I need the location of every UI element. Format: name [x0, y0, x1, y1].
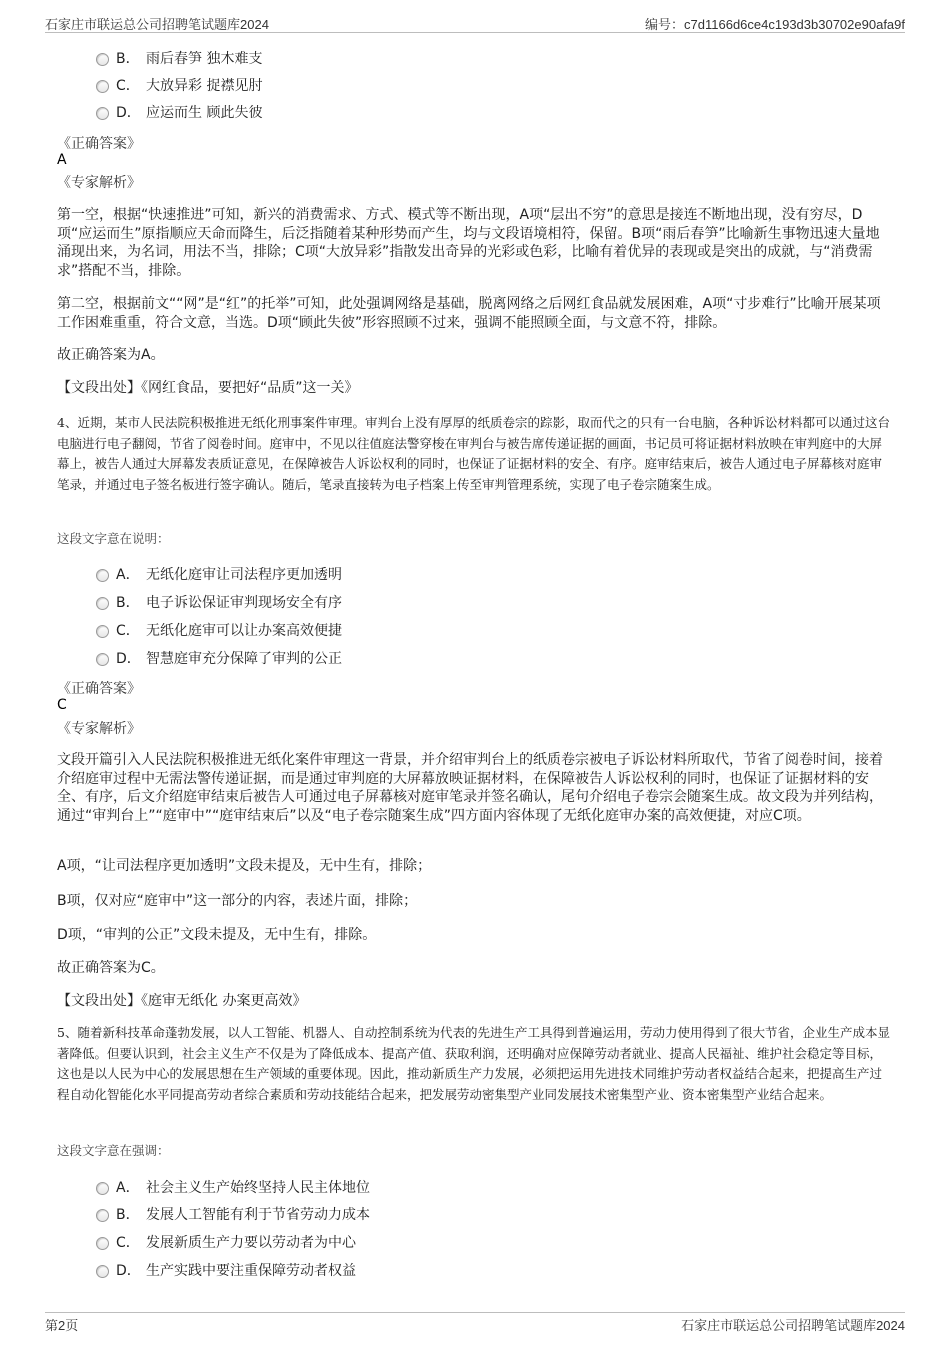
q5-option-c[interactable]: C．发展新质生产力要以劳动者为中心	[96, 1232, 356, 1254]
serial-value: c7d1166d6ce4c193d3b30702e90afa9f	[684, 17, 905, 32]
q5-prompt: 这段文字意在强调：	[57, 1141, 170, 1159]
option-text: 发展新质生产力要以劳动者为中心	[146, 1235, 356, 1251]
option-letter: D．	[116, 648, 146, 668]
page-footer: 第2页 石家庄市联运总公司招聘笔试题库2024	[45, 1312, 905, 1333]
option-text: 无纸化庭审可以让办案高效便捷	[146, 623, 342, 639]
option-text: 电子诉讼保证审判现场安全有序	[146, 595, 342, 611]
q4-conclusion: 故正确答案为C。	[57, 959, 893, 978]
q3-answer: A	[57, 152, 67, 168]
option-letter: C．	[116, 620, 146, 640]
footer-title: 石家庄市联运总公司招聘笔试题库2024	[681, 1315, 905, 1334]
q3-answer-label: 《正确答案》	[57, 133, 141, 153]
q4-option-d[interactable]: D．智慧庭审充分保障了审判的公正	[96, 648, 342, 670]
radio-icon[interactable]	[96, 653, 109, 666]
q4-prompt: 这段文字意在说明：	[57, 529, 170, 547]
q5-option-b[interactable]: B．发展人工智能有利于节省劳动力成本	[96, 1204, 370, 1226]
option-text: 发展人工智能有利于节省劳动力成本	[146, 1207, 370, 1223]
option-letter: C．	[116, 75, 146, 95]
q3-analysis-p2: 第二空，根据前文““网”是“红”的托举”可知，此处强调网络是基础，脱离网络之后网…	[57, 295, 893, 332]
q4-analysis-b: B项，仅对应“庭审中”这一部分的内容，表述片面，排除；	[57, 892, 893, 911]
radio-icon[interactable]	[96, 80, 109, 93]
q4-option-c[interactable]: C．无纸化庭审可以让办案高效便捷	[96, 620, 342, 642]
q3-analysis-p1: 第一空，根据“快速推进”可知，新兴的消费需求、方式、模式等不断出现，A项“层出不…	[57, 206, 893, 280]
option-text: 智慧庭审充分保障了审判的公正	[146, 651, 342, 667]
q5-option-a[interactable]: A．社会主义生产始终坚持人民主体地位	[96, 1177, 370, 1199]
radio-icon[interactable]	[96, 1265, 109, 1278]
radio-icon[interactable]	[96, 53, 109, 66]
q4-answer-label: 《正确答案》	[57, 678, 141, 698]
option-letter: B．	[116, 1204, 146, 1224]
radio-icon[interactable]	[96, 597, 109, 610]
radio-icon[interactable]	[96, 569, 109, 582]
option-letter: A．	[116, 564, 146, 584]
q3-option-c[interactable]: C．大放异彩 捉襟见肘	[96, 75, 262, 97]
q4-option-a[interactable]: A．无纸化庭审让司法程序更加透明	[96, 564, 342, 586]
radio-icon[interactable]	[96, 1209, 109, 1222]
option-letter: A．	[116, 1177, 146, 1197]
radio-icon[interactable]	[96, 1237, 109, 1250]
radio-icon[interactable]	[96, 107, 109, 120]
q3-option-b[interactable]: B．雨后春笋 独木难支	[96, 48, 262, 70]
header-title: 石家庄市联运总公司招聘笔试题库2024	[45, 14, 269, 33]
option-text: 应运而生 顾此失彼	[146, 105, 262, 121]
q3-source: 【文段出处】《网红食品，要把好“品质”这一关》	[57, 379, 893, 398]
option-letter: D．	[116, 102, 146, 122]
radio-icon[interactable]	[96, 1182, 109, 1195]
q4-analysis-d: D项，“审判的公正”文段未提及，无中生有，排除。	[57, 926, 893, 945]
q5-option-d[interactable]: D．生产实践中要注重保障劳动者权益	[96, 1260, 356, 1282]
page-header: 石家庄市联运总公司招聘笔试题库2024 编号：c7d1166d6ce4c193d…	[45, 14, 905, 33]
option-text: 大放异彩 捉襟见肘	[146, 78, 262, 94]
option-letter: B．	[116, 48, 146, 68]
q4-source: 【文段出处】《庭审无纸化 办案更高效》	[57, 992, 893, 1011]
q4-analysis-a: A项，“让司法程序更加透明”文段未提及，无中生有，排除；	[57, 857, 893, 876]
serial-label: 编号：	[645, 17, 684, 32]
q3-conclusion: 故正确答案为A。	[57, 346, 893, 365]
radio-icon[interactable]	[96, 625, 109, 638]
q4-analysis-p1: 文段开篇引入人民法院积极推进无纸化案件审理这一背景，并介绍审判台上的纸质卷宗被电…	[57, 751, 893, 825]
q4-option-b[interactable]: B．电子诉讼保证审判现场安全有序	[96, 592, 342, 614]
option-text: 生产实践中要注重保障劳动者权益	[146, 1263, 356, 1279]
q3-option-d[interactable]: D．应运而生 顾此失彼	[96, 102, 262, 124]
page-number: 第2页	[45, 1315, 78, 1334]
header-serial: 编号：c7d1166d6ce4c193d3b30702e90afa9f	[645, 14, 905, 33]
option-text: 社会主义生产始终坚持人民主体地位	[146, 1180, 370, 1196]
option-letter: B．	[116, 592, 146, 612]
q4-answer: C	[57, 697, 67, 713]
option-text: 无纸化庭审让司法程序更加透明	[146, 567, 342, 583]
q5-question-text: 5、随着新科技革命蓬勃发展，以人工智能、机器人、自动控制系统为代表的先进生产工具…	[57, 1023, 893, 1105]
option-text: 雨后春笋 独木难支	[146, 51, 262, 67]
q4-analysis-label: 《专家解析》	[57, 718, 141, 738]
option-letter: C．	[116, 1232, 146, 1252]
q3-analysis-label: 《专家解析》	[57, 172, 141, 192]
q4-question-text: 4、近期，某市人民法院积极推进无纸化刑事案件审理。审判台上没有厚厚的纸质卷宗的踪…	[57, 413, 893, 495]
option-letter: D．	[116, 1260, 146, 1280]
